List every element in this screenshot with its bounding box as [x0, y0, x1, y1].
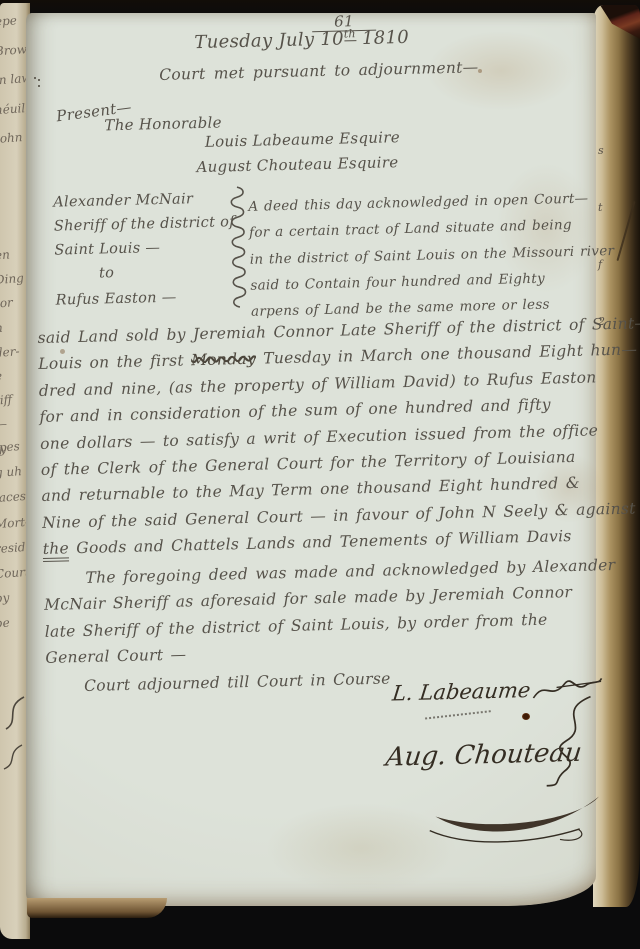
margin-fragment: g uh [0, 465, 22, 480]
margin-fragment: n [0, 321, 3, 335]
lower-page-corner [27, 898, 167, 918]
margin-fragment: tiff [0, 394, 13, 408]
closing-paragraph: The foregoing deed was made and acknowle… [43, 552, 617, 672]
date-heading: Tuesday July 10th 1810 [194, 26, 409, 53]
underlined-word: the [43, 540, 70, 563]
fore-edge-pen-mark [616, 201, 635, 261]
date-text: Tuesday July 10 [194, 28, 344, 53]
date-ordinal: th [344, 27, 356, 41]
deed-opening-paragraph: A deed this day acknowledged in open Cou… [248, 185, 616, 325]
margin-fragment: en [0, 248, 10, 262]
date-year: 1810 [356, 27, 410, 49]
margin-fragment: be [0, 617, 10, 631]
margin-fragment: e [0, 370, 3, 384]
case-caption: Alexander McNairSheriff of the district … [53, 186, 237, 312]
pen-flourish-edge [0, 693, 26, 773]
margin-fragment: laces [0, 490, 26, 505]
margin-fragment: — [0, 418, 7, 432]
margin-fragment: resid [0, 541, 26, 556]
signature-chouteau-text: Aug. Chouteau [384, 738, 583, 773]
margin-fragment: epe [0, 14, 17, 29]
judge-name: August Chouteau Esquire [196, 153, 401, 176]
margin-fragment: Ding [0, 272, 24, 287]
caption-brace [224, 185, 249, 310]
signature-chouteau: Aug. Chouteau [384, 738, 583, 773]
deed-body-paragraph: said Land sold by Jeremiah Connor Late S… [37, 310, 640, 562]
ledger-page: 61 Tuesday July 10th 1810 Court met purs… [26, 13, 596, 906]
margin-fragment: der- [0, 345, 20, 360]
judge-names: Louis Labeaume EsquireAugust Chouteau Es… [205, 128, 401, 176]
margin-fragment: by [0, 592, 10, 606]
book-cover-corner [600, 5, 640, 39]
judge-name: Louis Labeaume Esquire [205, 128, 401, 151]
margin-fragment: tor [0, 297, 13, 311]
struck-word: Monday [191, 350, 256, 370]
margin-fragment: ipes [0, 440, 20, 455]
case-caption-line: Rufus Easton — [55, 284, 237, 312]
session-heading: Court met pursuant to adjournment— [159, 58, 479, 84]
signature-underline-swash [427, 784, 608, 850]
edge-mark: s [598, 145, 605, 156]
honorable-label: The Honorable [104, 113, 222, 134]
deed-text: Louis on the first [38, 352, 191, 374]
book-photo: epeBrownin law,héuil,John enDingtornder-… [0, 0, 640, 949]
signature-labeaume-text: L. Labeaume [391, 678, 532, 705]
signature-dotted-flourish [425, 710, 491, 719]
adjournment-line: Court adjourned till Court in Course [84, 669, 391, 694]
margin-fragments-middle: enDingtornder-etiff—ty [0, 249, 24, 456]
handwritten-record: 61 Tuesday July 10th 1810 Court met purs… [16, 7, 608, 914]
case-caption-line: to [99, 258, 237, 285]
